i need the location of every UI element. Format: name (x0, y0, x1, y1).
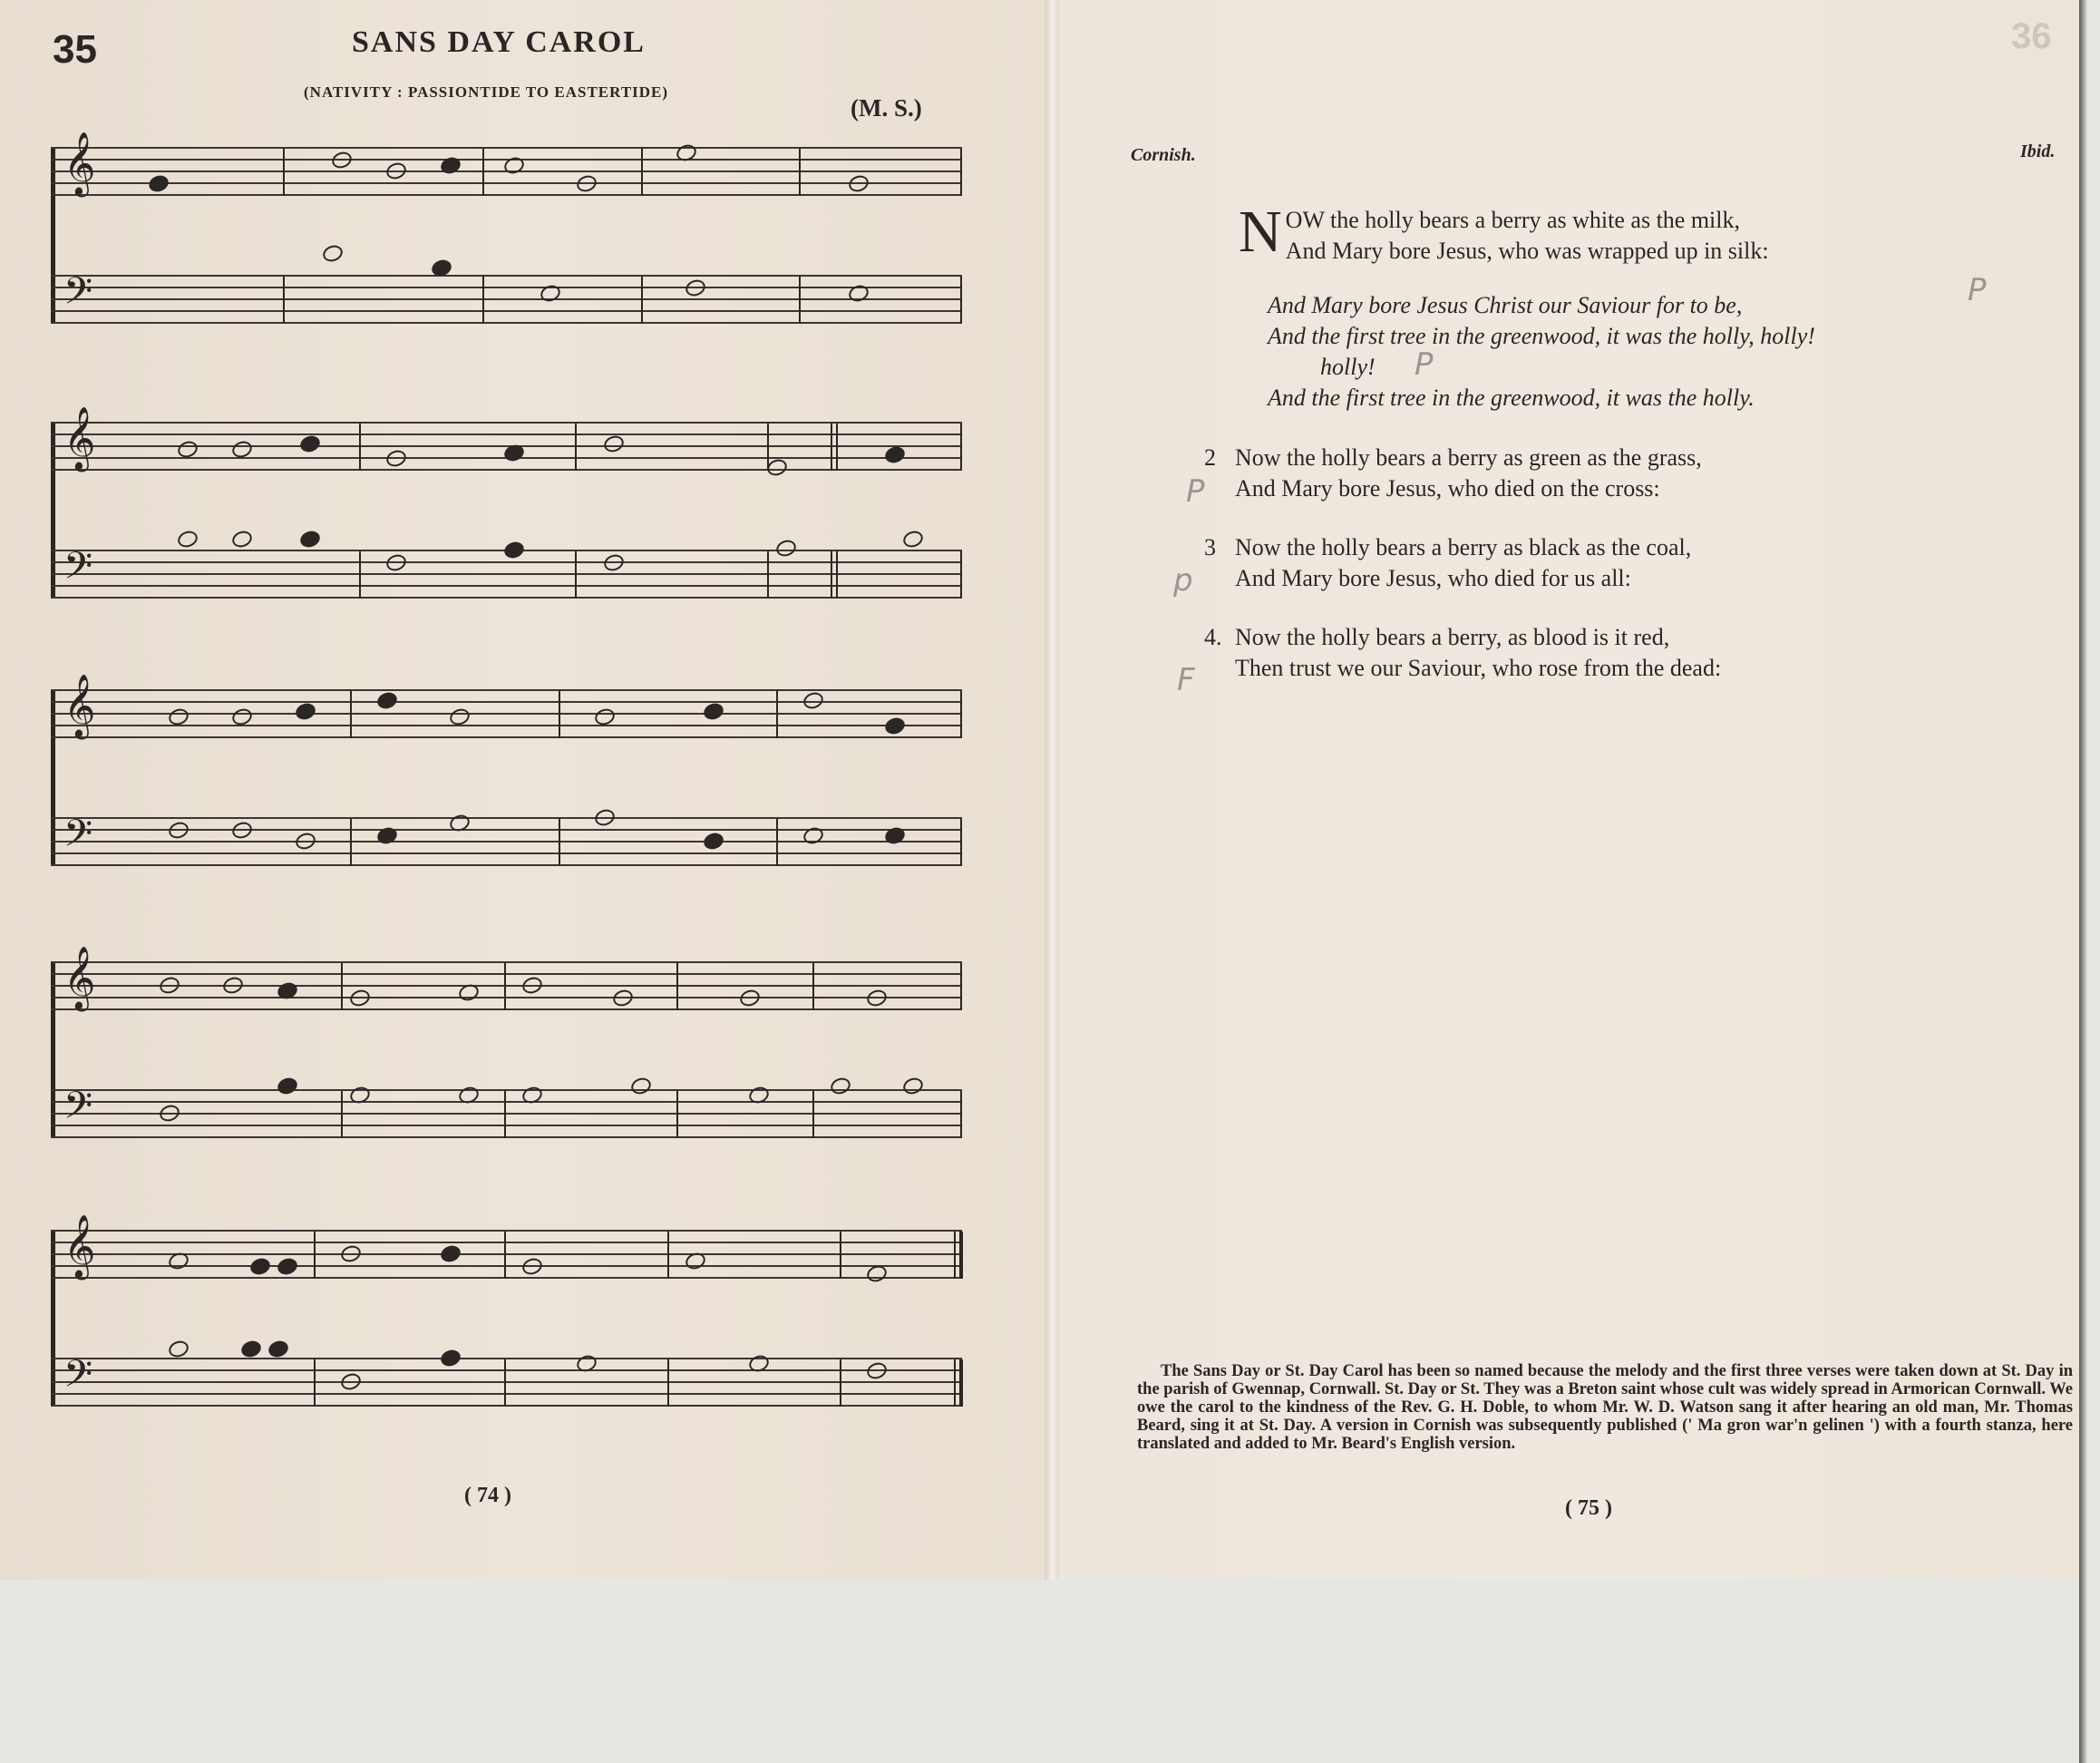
bass-staff: 𝄢 (51, 275, 962, 324)
source-right: Ibid. (2020, 141, 2055, 162)
verse-line: And Mary bore Jesus, who died for us all… (1204, 563, 2020, 594)
treble-staff: 𝄞 (51, 147, 962, 196)
treble-staff: 𝄞 (51, 422, 962, 471)
bass-staff: 𝄢 (51, 1358, 962, 1407)
bass-clef-icon: 𝄢 (63, 1087, 92, 1133)
verse-line: Now the holly bears a berry as green as … (1235, 444, 1702, 471)
music-system-4: 𝄞 𝄢 (51, 961, 962, 1138)
stanza-4: 4.Now the holly bears a berry, as blood … (1204, 622, 2020, 684)
bass-clef-icon: 𝄢 (63, 548, 92, 593)
stanza-number: 4. (1204, 622, 1235, 653)
pencil-mark: p (1173, 562, 1193, 599)
bass-staff: 𝄢 (51, 1089, 962, 1138)
treble-clef-icon: 𝄞 (63, 950, 95, 1005)
bass-clef-icon: 𝄢 (63, 815, 92, 861)
page-number-right: ( 75 ) (1565, 1496, 1612, 1521)
pencil-mark: P (1186, 473, 1205, 510)
page-number-left: ( 74 ) (464, 1484, 511, 1508)
scan-edge-shadow (2079, 0, 2100, 1763)
refrain-line: And the first tree in the greenwood, it … (1268, 383, 2084, 414)
pencil-mark: P (1968, 272, 1987, 308)
arranger-credit: (M. S.) (851, 94, 922, 122)
bass-clef-icon: 𝄢 (63, 1356, 92, 1401)
refrain-line: holly! (1268, 352, 2084, 383)
verse-line: Then trust we our Saviour, who rose from… (1204, 653, 2020, 684)
bass-staff: 𝄢 (51, 550, 962, 599)
right-page: 36 Cornish. Ibid. N OW the holly bears a… (1059, 0, 2079, 1580)
hymn-number: 35 (53, 27, 97, 73)
dropcap: N (1239, 205, 1282, 259)
treble-clef-icon: 𝄞 (63, 1219, 95, 1273)
source-left: Cornish. (1131, 145, 1196, 166)
treble-staff: 𝄞 (51, 1230, 962, 1279)
verse-line: And Mary bore Jesus, who died on the cro… (1204, 473, 2020, 504)
subtitle: (NATIVITY : PASSIONTIDE TO EASTERTIDE) (304, 83, 668, 102)
stanza-2: 2Now the holly bears a berry as green as… (1204, 443, 2020, 504)
stanza-3: 3Now the holly bears a berry as black as… (1204, 532, 2020, 594)
left-page: 35 SANS DAY CAROL (NATIVITY : PASSIONTID… (0, 0, 1050, 1580)
music-system-1: 𝄞 𝄢 (51, 147, 962, 324)
refrain-line: And Mary bore Jesus Christ our Saviour f… (1268, 290, 2084, 321)
treble-clef-icon: 𝄞 (63, 411, 95, 465)
stanza-number: 2 (1204, 443, 1235, 473)
treble-clef-icon: 𝄞 (63, 678, 95, 733)
footnote: The Sans Day or St. Day Carol has been s… (1137, 1362, 2073, 1453)
music-system-2: 𝄞 𝄢 (51, 422, 962, 599)
refrain-line: And the first tree in the greenwood, it … (1268, 321, 2084, 352)
stanza-number: 3 (1204, 532, 1235, 563)
verse-line: OW the holly bears a berry as white as t… (1239, 205, 2100, 236)
treble-staff: 𝄞 (51, 961, 962, 1010)
refrain: And Mary bore Jesus Christ our Saviour f… (1268, 290, 2084, 414)
pencil-mark: P (1415, 346, 1434, 383)
music-system-5: 𝄞 𝄢 (51, 1230, 962, 1407)
treble-staff: 𝄞 (51, 689, 962, 738)
ghost-page-number: 36 (2011, 16, 2052, 57)
treble-clef-icon: 𝄞 (63, 136, 95, 190)
page-title: SANS DAY CAROL (352, 25, 646, 60)
bass-staff: 𝄢 (51, 817, 962, 866)
bass-clef-icon: 𝄢 (63, 273, 92, 318)
music-system-3: 𝄞 𝄢 (51, 689, 962, 866)
verse-1: N OW the holly bears a berry as white as… (1239, 205, 2100, 267)
pencil-mark: F (1177, 662, 1195, 698)
verse-line: Now the holly bears a berry, as blood is… (1235, 624, 1669, 650)
verse-line: Now the holly bears a berry as black as … (1235, 534, 1691, 560)
verse-line: And Mary bore Jesus, who was wrapped up … (1239, 236, 2100, 267)
